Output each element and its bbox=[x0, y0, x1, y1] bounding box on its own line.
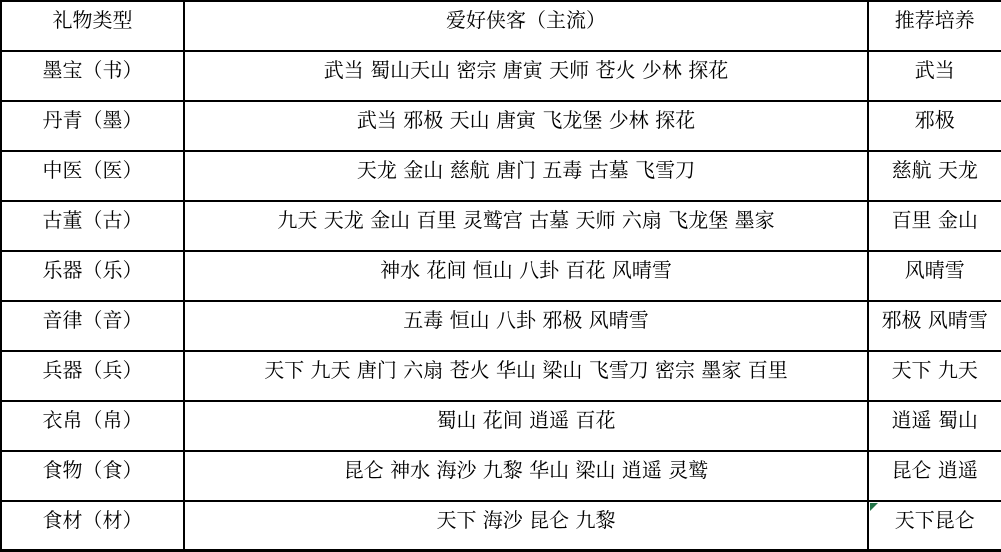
cell-gift-type: 中医（医） bbox=[1, 151, 184, 201]
cell-knights: 九天 天龙 金山 百里 灵鹫宫 古墓 天师 六扇 飞龙堡 墨家 bbox=[184, 201, 868, 251]
cell-recommended: 百里 金山 bbox=[868, 201, 1001, 251]
table-row: 中医（医） 天龙 金山 慈航 唐门 五毒 古墓 飞雪刀 慈航 天龙 bbox=[1, 151, 1001, 201]
cell-gift-type: 衣帛（帛） bbox=[1, 401, 184, 451]
cell-recommended: 天下昆仑 bbox=[868, 501, 1001, 551]
cell-gift-type: 乐器（乐） bbox=[1, 251, 184, 301]
header-row: 礼物类型 爱好侠客（主流） 推荐培养 bbox=[1, 1, 1001, 51]
table-row: 乐器（乐） 神水 花间 恒山 八卦 百花 风晴雪 风晴雪 bbox=[1, 251, 1001, 301]
recommended-text: 天下昆仑 bbox=[895, 508, 975, 532]
cell-recommended: 天下 九天 bbox=[868, 351, 1001, 401]
cell-gift-type: 古董（古） bbox=[1, 201, 184, 251]
cell-knights: 武当 蜀山天山 密宗 唐寅 天师 苍火 少林 探花 bbox=[184, 51, 868, 101]
table-row: 衣帛（帛） 蜀山 花间 逍遥 百花 逍遥 蜀山 bbox=[1, 401, 1001, 451]
table-row: 食材（材） 天下 海沙 昆仑 九黎 天下昆仑 bbox=[1, 501, 1001, 551]
cell-recommended: 邪极 bbox=[868, 101, 1001, 151]
cell-knights: 五毒 恒山 八卦 邪极 风晴雪 bbox=[184, 301, 868, 351]
col-header-gift-type: 礼物类型 bbox=[1, 1, 184, 51]
table-row: 古董（古） 九天 天龙 金山 百里 灵鹫宫 古墓 天师 六扇 飞龙堡 墨家 百里… bbox=[1, 201, 1001, 251]
document-sheet: 礼物类型 爱好侠客（主流） 推荐培养 墨宝（书） 武当 蜀山天山 密宗 唐寅 天… bbox=[0, 0, 1001, 552]
cell-gift-type: 食材（材） bbox=[1, 501, 184, 551]
table-row: 食物（食） 昆仑 神水 海沙 九黎 华山 梁山 逍遥 灵鹫 昆仑 逍遥 bbox=[1, 451, 1001, 501]
col-header-recommended: 推荐培养 bbox=[868, 1, 1001, 51]
table-row: 音律（音） 五毒 恒山 八卦 邪极 风晴雪 邪极 风晴雪 bbox=[1, 301, 1001, 351]
cell-knights: 武当 邪极 天山 唐寅 飞龙堡 少林 探花 bbox=[184, 101, 868, 151]
gift-preference-table: 礼物类型 爱好侠客（主流） 推荐培养 墨宝（书） 武当 蜀山天山 密宗 唐寅 天… bbox=[0, 0, 1001, 552]
cell-gift-type: 食物（食） bbox=[1, 451, 184, 501]
cell-gift-type: 墨宝（书） bbox=[1, 51, 184, 101]
cell-knights: 蜀山 花间 逍遥 百花 bbox=[184, 401, 868, 451]
table-row: 丹青（墨） 武当 邪极 天山 唐寅 飞龙堡 少林 探花 邪极 bbox=[1, 101, 1001, 151]
col-header-knights: 爱好侠客（主流） bbox=[184, 1, 868, 51]
cell-recommended: 风晴雪 bbox=[868, 251, 1001, 301]
cell-recommended: 慈航 天龙 bbox=[868, 151, 1001, 201]
cell-knights: 天龙 金山 慈航 唐门 五毒 古墓 飞雪刀 bbox=[184, 151, 868, 201]
cell-gift-type: 音律（音） bbox=[1, 301, 184, 351]
cell-knights: 天下 海沙 昆仑 九黎 bbox=[184, 501, 868, 551]
cell-recommended: 逍遥 蜀山 bbox=[868, 401, 1001, 451]
cell-recommended: 昆仑 逍遥 bbox=[868, 451, 1001, 501]
green-triangle-marker-icon bbox=[870, 503, 878, 511]
cell-knights: 天下 九天 唐门 六扇 苍火 华山 梁山 飞雪刀 密宗 墨家 百里 bbox=[184, 351, 868, 401]
table-row: 墨宝（书） 武当 蜀山天山 密宗 唐寅 天师 苍火 少林 探花 武当 bbox=[1, 51, 1001, 101]
cell-recommended: 邪极 风晴雪 bbox=[868, 301, 1001, 351]
cell-gift-type: 丹青（墨） bbox=[1, 101, 184, 151]
table-row: 兵器（兵） 天下 九天 唐门 六扇 苍火 华山 梁山 飞雪刀 密宗 墨家 百里 … bbox=[1, 351, 1001, 401]
cell-recommended: 武当 bbox=[868, 51, 1001, 101]
cell-knights: 昆仑 神水 海沙 九黎 华山 梁山 逍遥 灵鹫 bbox=[184, 451, 868, 501]
cell-knights: 神水 花间 恒山 八卦 百花 风晴雪 bbox=[184, 251, 868, 301]
cell-gift-type: 兵器（兵） bbox=[1, 351, 184, 401]
